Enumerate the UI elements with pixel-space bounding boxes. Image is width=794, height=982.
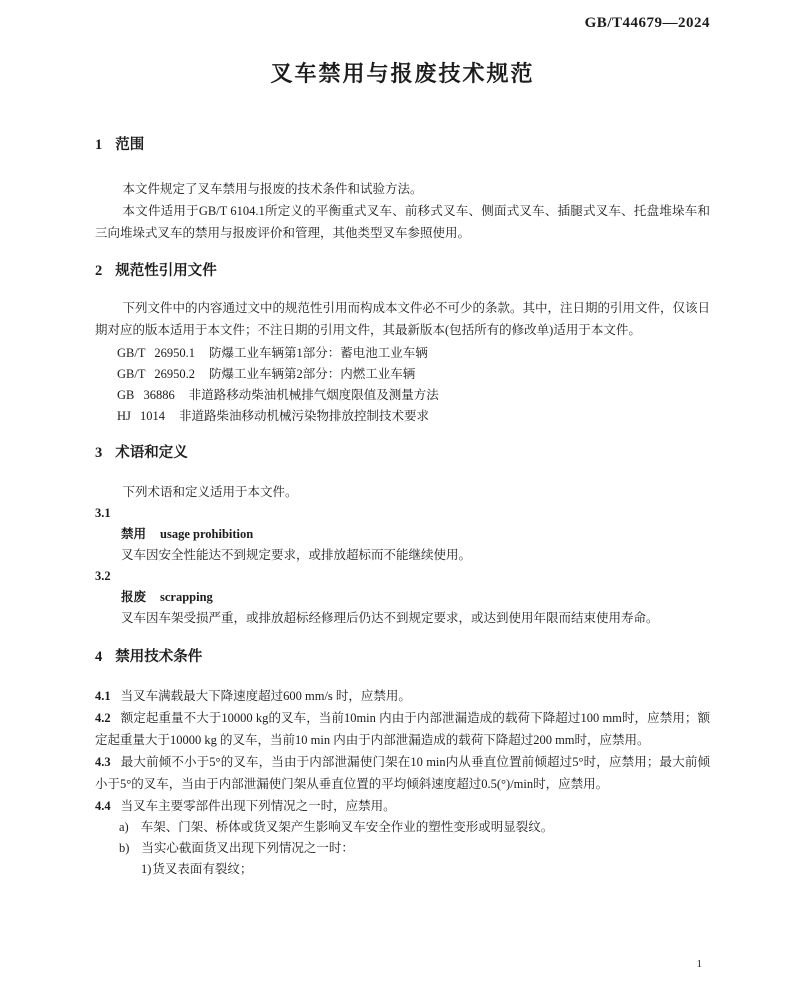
term-entry-3-1: 3.1 禁用usage prohibition 叉车因安全性能达不到规定要求，或… [95, 503, 710, 566]
clause-4-4-item-b-1: 1)货叉表面有裂纹； [95, 859, 710, 880]
term-entry-3-2: 3.2 报废scrapping 叉车因车架受损严重，或排放超标经修理后仍达不到规… [95, 566, 710, 629]
document-title: 叉车禁用与报废技术规范 [95, 60, 710, 88]
clause-text: 当叉车满载最大下降速度超过600 mm/s 时，应禁用。 [121, 689, 411, 703]
terms-list: 3.1 禁用usage prohibition 叉车因安全性能达不到规定要求，或… [95, 503, 710, 629]
clause-4-4-item-b: b)当实心截面货叉出现下列情况之一时： [95, 838, 710, 859]
clause-4-4: 4.4当叉车主要零部件出现下列情况之一时，应禁用。 [95, 795, 710, 817]
list-item-text: 当实心截面货叉出现下列情况之一时： [141, 841, 354, 855]
section-4-number: 4 [95, 649, 102, 665]
reference-item: HJ 1014非道路柴油移动机械污染物排放控制技术要求 [95, 406, 710, 427]
section-3-title: 术语和定义 [115, 445, 188, 461]
list-item-text: 货叉表面有裂纹； [152, 862, 252, 876]
reference-code: GB/T 26950.1 [117, 346, 195, 360]
page-number: 1 [697, 958, 703, 970]
section-4-title: 禁用技术条件 [115, 649, 202, 665]
clause-4-3: 4.3最大前倾不小于5°的叉车，当由于内部泄漏使门架在10 min内从垂直位置前… [95, 751, 710, 795]
clause-number: 4.3 [95, 755, 111, 769]
reference-item: GB 36886非道路移动柴油机械排气烟度限值及测量方法 [95, 385, 710, 406]
clause-number: 4.2 [95, 711, 111, 725]
reference-list: GB/T 26950.1防爆工业车辆第1部分：蓄电池工业车辆 GB/T 2695… [95, 343, 710, 427]
term-number: 3.1 [95, 503, 710, 524]
section-prohibition-conditions: 4禁用技术条件 4.1当叉车满载最大下降速度超过600 mm/s 时，应禁用。 … [95, 647, 710, 880]
term-number: 3.2 [95, 566, 710, 587]
page-content: GB/T44679—2024 叉车禁用与报废技术规范 1范围 本文件规定了叉车禁… [0, 0, 794, 880]
section-3-number: 3 [95, 445, 102, 461]
clause-text: 额定起重量不大于10000 kg的叉车，当前10min 内由于内部泄漏造成的载荷… [95, 711, 710, 747]
list-item-label: a) [119, 820, 129, 834]
list-item-text: 车架、门架、桥体或货叉架产生影响叉车安全作业的塑性变形或明显裂纹。 [141, 820, 554, 834]
clause-text: 最大前倾不小于5°的叉车，当由于内部泄漏使门架在10 min内从垂直位置前倾超过… [95, 755, 710, 791]
section-1-number: 1 [95, 137, 102, 153]
list-item-label: b) [119, 841, 129, 855]
reference-title: 非道路移动柴油机械排气烟度限值及测量方法 [189, 388, 439, 402]
reference-code: GB 36886 [117, 388, 175, 402]
section-2-heading: 2规范性引用文件 [95, 261, 710, 281]
reference-title: 防爆工业车辆第1部分：蓄电池工业车辆 [209, 346, 428, 360]
reference-title: 防爆工业车辆第2部分：内燃工业车辆 [209, 367, 415, 381]
clause-number: 4.4 [95, 799, 111, 813]
scope-paragraph-2: 本文件适用于GB/T 6104.1所定义的平衡重式叉车、前移式叉车、侧面式叉车、… [95, 200, 710, 244]
reference-code: HJ 1014 [117, 409, 165, 423]
terms-intro: 下列术语和定义适用于本文件。 [95, 481, 710, 503]
term-zh: 禁用 [121, 527, 146, 541]
clause-4-2: 4.2额定起重量不大于10000 kg的叉车，当前10min 内由于内部泄漏造成… [95, 707, 710, 751]
section-2-number: 2 [95, 263, 102, 279]
section-2-title: 规范性引用文件 [115, 263, 217, 279]
clause-number: 4.1 [95, 689, 111, 703]
term-zh: 报废 [121, 590, 146, 604]
section-4-heading: 4禁用技术条件 [95, 647, 710, 667]
standard-number: GB/T44679—2024 [95, 15, 710, 32]
clause-text: 当叉车主要零部件出现下列情况之一时，应禁用。 [121, 799, 396, 813]
document-page: GB/T44679—2024 叉车禁用与报废技术规范 1范围 本文件规定了叉车禁… [0, 0, 794, 982]
clause-4-1: 4.1当叉车满载最大下降速度超过600 mm/s 时，应禁用。 [95, 685, 710, 707]
section-3-heading: 3术语和定义 [95, 443, 710, 463]
scope-paragraphs: 本文件规定了叉车禁用与报废的技术条件和试验方法。 本文件适用于GB/T 6104… [95, 178, 710, 244]
section-1-heading: 1范围 [95, 135, 710, 155]
reference-item: GB/T 26950.1防爆工业车辆第1部分：蓄电池工业车辆 [95, 343, 710, 364]
term-en: scrapping [160, 590, 213, 604]
reference-item: GB/T 26950.2防爆工业车辆第2部分：内燃工业车辆 [95, 364, 710, 385]
section-1-title: 范围 [115, 137, 144, 153]
clause-4-4-item-a: a)车架、门架、桥体或货叉架产生影响叉车安全作业的塑性变形或明显裂纹。 [95, 817, 710, 838]
term-name-line: 禁用usage prohibition [95, 524, 710, 545]
references-intro: 下列文件中的内容通过文中的规范性引用而构成本文件必不可少的条款。其中，注日期的引… [95, 297, 710, 341]
section-terms-definitions: 3术语和定义 下列术语和定义适用于本文件。 3.1 禁用usage prohib… [95, 443, 710, 629]
reference-code: GB/T 26950.2 [117, 367, 195, 381]
section-scope: 1范围 本文件规定了叉车禁用与报废的技术条件和试验方法。 本文件适用于GB/T … [95, 135, 710, 244]
term-en: usage prohibition [160, 527, 253, 541]
section-normative-references: 2规范性引用文件 下列文件中的内容通过文中的规范性引用而构成本文件必不可少的条款… [95, 261, 710, 427]
term-name-line: 报废scrapping [95, 587, 710, 608]
reference-title: 非道路柴油移动机械污染物排放控制技术要求 [179, 409, 429, 423]
list-item-label: 1) [141, 862, 151, 876]
clause-list: 4.1当叉车满载最大下降速度超过600 mm/s 时，应禁用。 4.2额定起重量… [95, 685, 710, 880]
term-definition: 叉车因车架受损严重，或排放超标经修理后仍达不到规定要求，或达到使用年限而结束使用… [95, 608, 710, 629]
term-definition: 叉车因安全性能达不到规定要求，或排放超标而不能继续使用。 [95, 545, 710, 566]
scope-paragraph-1: 本文件规定了叉车禁用与报废的技术条件和试验方法。 [95, 178, 710, 200]
